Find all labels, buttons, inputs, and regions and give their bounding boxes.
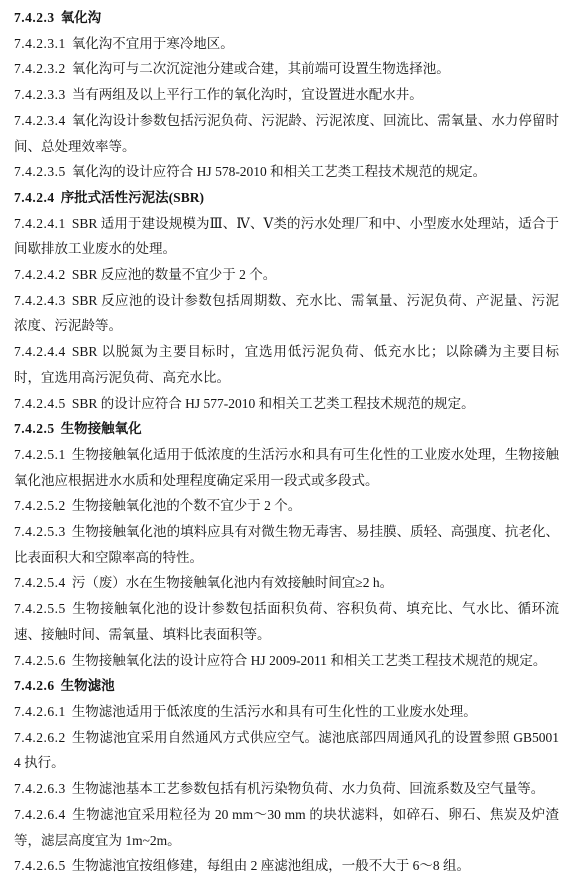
- clause-text: 生物滤池适用于低浓度的生活污水和具有可生化性的工业废水处理。: [72, 704, 477, 719]
- clause-paragraph: 7.4.2.5.4污（废）水在生物接触氧化池内有效接触时间宜≥2 h。: [14, 570, 559, 596]
- clause-number: 7.4.2.5.1: [14, 447, 66, 462]
- clause-text: 生物接触氧化池的填料应具有对微生物无毒害、易挂膜、质轻、高强度、抗老化、比表面积…: [14, 524, 559, 565]
- clause-paragraph: 7.4.2.3.3当有两组及以上平行工作的氧化沟时，宜设置进水配水井。: [14, 82, 559, 108]
- section-heading: 7.4.2.4序批式活性污泥法(SBR): [14, 185, 559, 211]
- clause-number: 7.4.2.3.4: [14, 113, 66, 128]
- clause-text: 生物接触氧化池的设计参数包括面积负荷、容积负荷、填充比、气水比、循环流速、接触时…: [14, 601, 559, 642]
- clause-number: 7.4.2.5.2: [14, 498, 66, 513]
- clause-text: 生物滤池宜采用自然通风方式供应空气。滤池底部四周通风孔的设置参照 GB50014…: [14, 730, 559, 771]
- clause-text: 当有两组及以上平行工作的氧化沟时，宜设置进水配水井。: [72, 87, 423, 102]
- clause-number: 7.4.2.6.3: [14, 781, 66, 796]
- section-heading: 7.4.2.5生物接触氧化: [14, 416, 559, 442]
- clause-number: 7.4.2.4.3: [14, 293, 66, 308]
- clause-text: 生物滤池: [61, 678, 115, 693]
- clause-paragraph: 7.4.2.6.4生物滤池宜采用粒径为 20 mm～30 mm 的块状滤料，如碎…: [14, 802, 559, 853]
- clause-number: 7.4.2.4: [14, 190, 55, 205]
- clause-text: SBR 反应池的设计参数包括周期数、充水比、需氧量、污泥负荷、产泥量、污泥浓度、…: [14, 293, 559, 334]
- clause-paragraph: 7.4.2.6.5生物滤池宜按组修建，每组由 2 座滤池组成，一般不大于 6～8…: [14, 853, 559, 876]
- clause-text: SBR 以脱氮为主要目标时，宜选用低污泥负荷、低充水比；以除磷为主要目标时，宜选…: [14, 344, 559, 385]
- clause-text: 氧化沟不宜用于寒冷地区。: [72, 36, 234, 51]
- clause-number: 7.4.2.6.1: [14, 704, 66, 719]
- clause-paragraph: 7.4.2.4.4SBR 以脱氮为主要目标时，宜选用低污泥负荷、低充水比；以除磷…: [14, 339, 559, 390]
- clause-text: 污（废）水在生物接触氧化池内有效接触时间宜≥2 h。: [72, 575, 393, 590]
- clause-text: 生物滤池宜采用粒径为 20 mm～30 mm 的块状滤料，如碎石、卵石、焦炭及炉…: [14, 807, 559, 848]
- clause-number: 7.4.2.5.3: [14, 524, 66, 539]
- clause-paragraph: 7.4.2.3.1氧化沟不宜用于寒冷地区。: [14, 31, 559, 57]
- clause-number: 7.4.2.5.4: [14, 575, 66, 590]
- section-heading: 7.4.2.3氧化沟: [14, 5, 559, 31]
- clause-number: 7.4.2.3: [14, 10, 55, 25]
- clause-paragraph: 7.4.2.3.5氧化沟的设计应符合 HJ 578-2010 和相关工艺类工程技…: [14, 159, 559, 185]
- clause-number: 7.4.2.3.2: [14, 61, 66, 76]
- clause-number: 7.4.2.3.5: [14, 164, 66, 179]
- clause-text: SBR 适用于建设规模为Ⅲ、Ⅳ、Ⅴ类的污水处理厂和中、小型废水处理站，适合于间歇…: [14, 216, 559, 257]
- clause-text: 生物接触氧化法的设计应符合 HJ 2009-2011 和相关工艺类工程技术规范的…: [72, 653, 547, 668]
- clause-text: 氧化沟设计参数包括污泥负荷、污泥龄、污泥浓度、回流比、需氧量、水力停留时间、总处…: [14, 113, 559, 154]
- clause-number: 7.4.2.3.3: [14, 87, 66, 102]
- clause-text: 生物接触氧化池的个数不宜少于 2 个。: [72, 498, 302, 513]
- clause-text: 生物滤池基本工艺参数包括有机污染物负荷、水力负荷、回流系数及空气量等。: [72, 781, 545, 796]
- section-heading: 7.4.2.6生物滤池: [14, 673, 559, 699]
- document-page: 7.4.2.3氧化沟 7.4.2.3.1氧化沟不宜用于寒冷地区。 7.4.2.3…: [0, 0, 572, 876]
- clause-number: 7.4.2.4.2: [14, 267, 66, 282]
- clause-text: 氧化沟的设计应符合 HJ 578-2010 和相关工艺类工程技术规范的规定。: [72, 164, 486, 179]
- clause-text: 生物滤池宜按组修建，每组由 2 座滤池组成，一般不大于 6～8 组。: [72, 858, 470, 873]
- clause-paragraph: 7.4.2.3.4氧化沟设计参数包括污泥负荷、污泥龄、污泥浓度、回流比、需氧量、…: [14, 108, 559, 159]
- clause-paragraph: 7.4.2.3.2氧化沟可与二次沉淀池分建或合建，其前端可设置生物选择池。: [14, 56, 559, 82]
- clause-paragraph: 7.4.2.5.2生物接触氧化池的个数不宜少于 2 个。: [14, 493, 559, 519]
- clause-number: 7.4.2.6: [14, 678, 55, 693]
- clause-paragraph: 7.4.2.5.3生物接触氧化池的填料应具有对微生物无毒害、易挂膜、质轻、高强度…: [14, 519, 559, 570]
- clause-text: 序批式活性污泥法(SBR): [61, 190, 204, 205]
- clause-number: 7.4.2.4.5: [14, 396, 66, 411]
- clause-number: 7.4.2.5.6: [14, 653, 66, 668]
- clause-number: 7.4.2.3.1: [14, 36, 66, 51]
- clause-text: 生物接触氧化适用于低浓度的生活污水和具有可生化性的工业废水处理，生物接触氧化池应…: [14, 447, 559, 488]
- clause-paragraph: 7.4.2.5.1生物接触氧化适用于低浓度的生活污水和具有可生化性的工业废水处理…: [14, 442, 559, 493]
- clause-paragraph: 7.4.2.6.3生物滤池基本工艺参数包括有机污染物负荷、水力负荷、回流系数及空…: [14, 776, 559, 802]
- clause-text: 生物接触氧化: [61, 421, 142, 436]
- clause-number: 7.4.2.6.2: [14, 730, 66, 745]
- clause-text: 氧化沟可与二次沉淀池分建或合建，其前端可设置生物选择池。: [72, 61, 450, 76]
- clause-text: SBR 的设计应符合 HJ 577-2010 和相关工艺类工程技术规范的规定。: [72, 396, 475, 411]
- clause-paragraph: 7.4.2.4.5SBR 的设计应符合 HJ 577-2010 和相关工艺类工程…: [14, 391, 559, 417]
- clause-number: 7.4.2.6.4: [14, 807, 66, 822]
- clause-number: 7.4.2.5: [14, 421, 55, 436]
- clause-number: 7.4.2.5.5: [14, 601, 66, 616]
- clause-paragraph: 7.4.2.6.1生物滤池适用于低浓度的生活污水和具有可生化性的工业废水处理。: [14, 699, 559, 725]
- clause-paragraph: 7.4.2.4.2SBR 反应池的数量不宜少于 2 个。: [14, 262, 559, 288]
- clause-number: 7.4.2.4.4: [14, 344, 66, 359]
- clause-number: 7.4.2.6.5: [14, 858, 66, 873]
- clause-paragraph: 7.4.2.5.6生物接触氧化法的设计应符合 HJ 2009-2011 和相关工…: [14, 648, 559, 674]
- clause-paragraph: 7.4.2.4.1SBR 适用于建设规模为Ⅲ、Ⅳ、Ⅴ类的污水处理厂和中、小型废水…: [14, 211, 559, 262]
- clause-text: 氧化沟: [61, 10, 102, 25]
- clause-paragraph: 7.4.2.5.5生物接触氧化池的设计参数包括面积负荷、容积负荷、填充比、气水比…: [14, 596, 559, 647]
- clause-paragraph: 7.4.2.6.2生物滤池宜采用自然通风方式供应空气。滤池底部四周通风孔的设置参…: [14, 725, 559, 776]
- clause-number: 7.4.2.4.1: [14, 216, 66, 231]
- clause-paragraph: 7.4.2.4.3SBR 反应池的设计参数包括周期数、充水比、需氧量、污泥负荷、…: [14, 288, 559, 339]
- clause-text: SBR 反应池的数量不宜少于 2 个。: [72, 267, 276, 282]
